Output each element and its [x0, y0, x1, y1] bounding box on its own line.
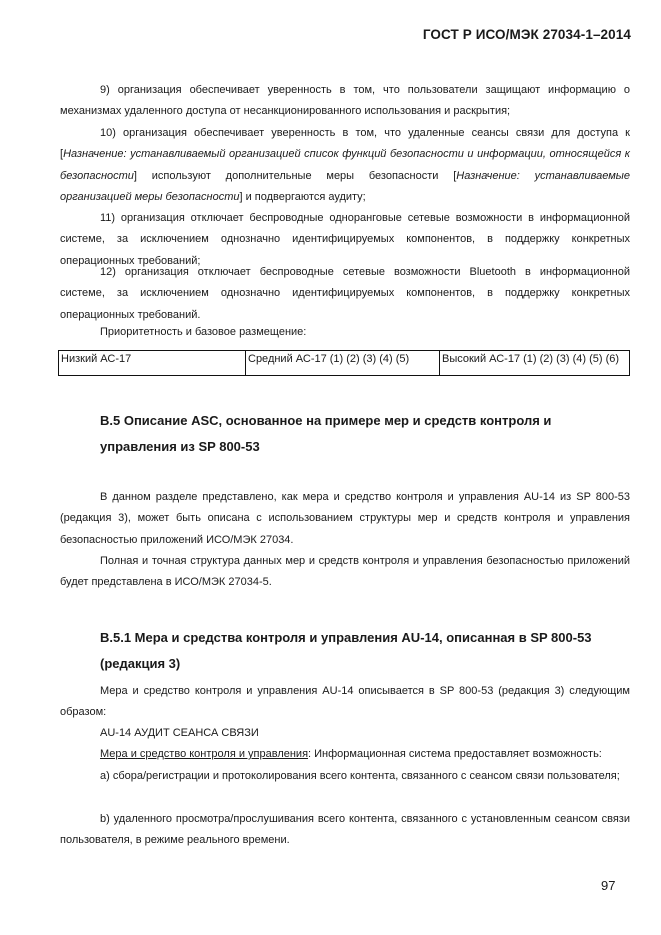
table-cell-medium: Средний АС-17 (1) (2) (3) (4) (5) — [246, 351, 440, 376]
text: 11) организация отключает беспроводные о… — [60, 212, 630, 267]
paragraph: Мера и средство контроля и управления AU… — [60, 681, 630, 724]
control-statement: Мера и средство контроля и управления: И… — [60, 744, 630, 765]
list-item-12: 12) организация отключает беспроводные с… — [60, 262, 630, 326]
text: ] и подвергаются аудиту; — [239, 191, 365, 203]
text: ] используют дополнительные меры безопас… — [134, 170, 456, 182]
list-item-b: b) удаленного просмотра/прослушивания вс… — [60, 809, 630, 852]
control-label: Мера и средство контроля и управления — [100, 748, 308, 760]
section-heading-b5: В.5 Описание ASC, основанное на примере … — [100, 408, 620, 460]
text: 9) организация обеспечивает уверенность … — [60, 84, 630, 117]
list-item-10: 10) организация обеспечивает уверенность… — [60, 123, 630, 208]
text: : Информационная система предоставляет в… — [308, 748, 602, 760]
list-item-a: а) сбора/регистрации и протоколирования … — [60, 766, 630, 787]
table-cell-low: Низкий АС-17 — [59, 351, 246, 376]
page-number: 97 — [601, 878, 615, 893]
paragraph: В данном разделе представлено, как мера … — [60, 487, 630, 551]
text: 12) организация отключает беспроводные с… — [60, 266, 630, 321]
table-row: Низкий АС-17 Средний АС-17 (1) (2) (3) (… — [59, 351, 630, 376]
priority-label: Приоритетность и базовое размещение: — [60, 322, 630, 343]
section-heading-b51: В.5.1 Мера и средства контроля и управле… — [100, 625, 620, 677]
list-item-9: 9) организация обеспечивает уверенность … — [60, 80, 630, 123]
document-header: ГОСТ Р ИСО/МЭК 27034-1–2014 — [423, 27, 631, 42]
control-name: AU-14 АУДИТ СЕАНСА СВЯЗИ — [60, 723, 630, 744]
paragraph: Полная и точная структура данных мер и с… — [60, 551, 630, 594]
table-cell-high: Высокий АС-17 (1) (2) (3) (4) (5) (6) — [440, 351, 630, 376]
priority-table: Низкий АС-17 Средний АС-17 (1) (2) (3) (… — [58, 350, 630, 376]
